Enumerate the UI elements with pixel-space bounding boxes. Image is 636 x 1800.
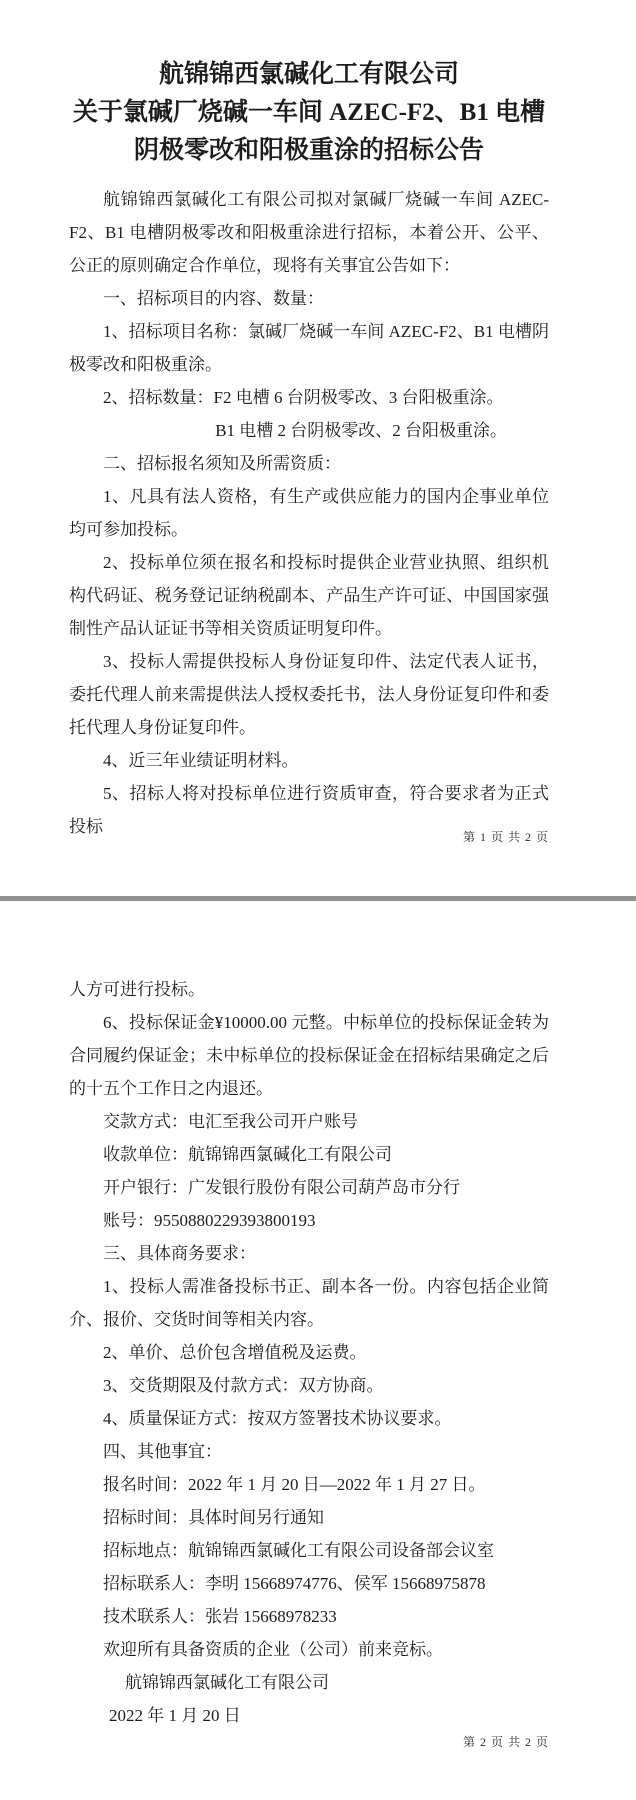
page-2: 人方可进行投标。 6、投标保证金¥10000.00 元整。中标单位的投标保证金转… [0, 901, 636, 1800]
item-qualification-2: 2、投标单位须在报名和投标时提供企业营业执照、组织机构代码证、税务登记证纳税副本… [69, 546, 549, 645]
item-commercial-3: 3、交货期限及付款方式：双方协商。 [69, 1369, 549, 1402]
page-1: 航锦锦西氯碱化工有限公司 关于氯碱厂烧碱一车间 AZEC-F2、B1 电槽 阴极… [0, 0, 636, 896]
registration-time-line: 报名时间：2022 年 1 月 20 日—2022 年 1 月 27 日。 [69, 1468, 549, 1501]
payee-line: 收款单位：航锦锦西氯碱化工有限公司 [69, 1138, 549, 1171]
page-2-body: 人方可进行投标。 6、投标保证金¥10000.00 元整。中标单位的投标保证金转… [69, 973, 549, 1732]
bidding-place-line: 招标地点：航锦锦西氯碱化工有限公司设备部会议室 [69, 1534, 549, 1567]
signature-company: 航锦锦西氯碱化工有限公司 [125, 1666, 605, 1699]
intro-paragraph: 航锦锦西氯碱化工有限公司拟对氯碱厂烧碱一车间 AZEC-F2、B1 电槽阴极零改… [69, 183, 549, 282]
account-number-line: 账号：9550880229393800193 [69, 1204, 549, 1237]
page-1-footer: 第 1 页 共 2 页 [463, 828, 549, 845]
item-qualification-4: 4、近三年业绩证明材料。 [69, 744, 549, 777]
document-title: 航锦锦西氯碱化工有限公司 关于氯碱厂烧碱一车间 AZEC-F2、B1 电槽 阴极… [69, 56, 549, 170]
technical-contact-line: 技术联系人：张岩 15668978233 [69, 1600, 549, 1633]
title-line-1: 航锦锦西氯碱化工有限公司 [69, 56, 549, 94]
item-quantity-b1: B1 电槽 2 台阴极零改、2 台阳极重涂。 [69, 414, 549, 447]
item-commercial-4: 4、质量保证方式：按双方签署技术协议要求。 [69, 1402, 549, 1435]
bidding-time-line: 招标时间：具体时间另行通知 [69, 1501, 549, 1534]
page-2-footer: 第 2 页 共 2 页 [463, 1733, 549, 1750]
section-1-heading: 一、招标项目的内容、数量： [69, 282, 549, 315]
item-project-name: 1、招标项目名称：氯碱厂烧碱一车间 AZEC-F2、B1 电槽阴极零改和阳极重涂… [69, 315, 549, 381]
title-line-2: 关于氯碱厂烧碱一车间 AZEC-F2、B1 电槽 [69, 94, 549, 132]
document: 航锦锦西氯碱化工有限公司 关于氯碱厂烧碱一车间 AZEC-F2、B1 电槽 阴极… [0, 0, 636, 1800]
bank-line: 开户银行：广发银行股份有限公司葫芦岛市分行 [69, 1171, 549, 1204]
signature-date: 2022 年 1 月 20 日 [109, 1699, 589, 1732]
item-qualification-3: 3、投标人需提供投标人身份证复印件、法定代表人证书，委托代理人前来需提供法人授权… [69, 645, 549, 744]
item-commercial-1: 1、投标人需准备投标书正、副本各一份。内容包括企业简介、报价、交货时间等相关内容… [69, 1270, 549, 1336]
item-qualification-1: 1、凡具有法人资格，有生产或供应能力的国内企事业单位均可参加投标。 [69, 480, 549, 546]
title-line-3: 阴极零改和阳极重涂的招标公告 [69, 132, 549, 170]
page-1-body: 航锦锦西氯碱化工有限公司拟对氯碱厂烧碱一车间 AZEC-F2、B1 电槽阴极零改… [69, 183, 549, 843]
section-4-heading: 四、其他事宜： [69, 1435, 549, 1468]
item-quantity-f2: 2、招标数量：F2 电槽 6 台阴极零改、3 台阳极重涂。 [69, 381, 549, 414]
continuation-line: 人方可进行投标。 [69, 973, 549, 1006]
payment-method-line: 交款方式：电汇至我公司开户账号 [69, 1105, 549, 1138]
section-2-heading: 二、招标报名须知及所需资质： [69, 447, 549, 480]
item-deposit: 6、投标保证金¥10000.00 元整。中标单位的投标保证金转为合同履约保证金；… [69, 1006, 549, 1105]
section-3-heading: 三、具体商务要求： [69, 1237, 549, 1270]
item-commercial-2: 2、单价、总价包含增值税及运费。 [69, 1336, 549, 1369]
welcome-line: 欢迎所有具备资质的企业（公司）前来竞标。 [69, 1633, 549, 1666]
bidding-contacts-line: 招标联系人：李明 15668974776、侯军 15668975878 [69, 1567, 549, 1600]
